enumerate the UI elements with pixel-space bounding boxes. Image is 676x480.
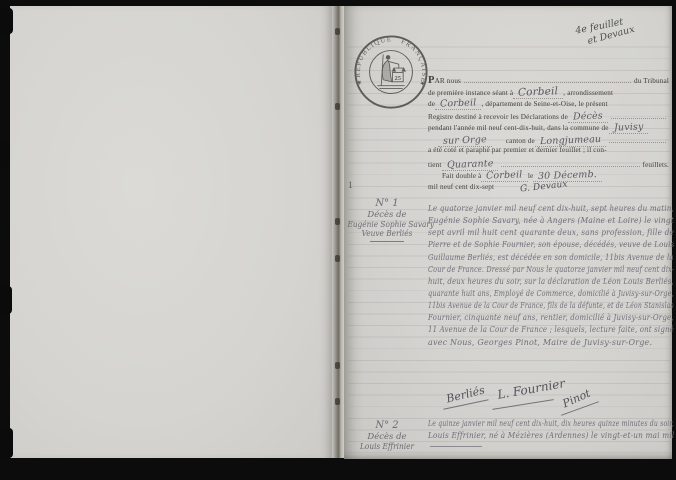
register-text-row: Eugénie Sophie Savary, née à Angers (Mai… — [428, 216, 674, 228]
act2-body-text: Le quinze janvier mil neuf cent dix-huit… — [428, 419, 674, 443]
fill-in-slot: Corbeil — [481, 170, 527, 182]
register-text-row: Pierre et de Sophie Fournier, son épouse… — [428, 240, 674, 252]
stitch-mark — [335, 362, 340, 369]
printed-text: Fait double à — [442, 172, 481, 180]
handwritten-fill: Corbeil — [440, 97, 477, 109]
printed-text: canton de — [506, 137, 535, 145]
handwritten-line: Eugénie Sophie Savary, née à Angers (Mai… — [428, 216, 674, 225]
handwritten-line: Guillaume Berliés, est décédée en son do… — [428, 253, 674, 262]
printed-text: , arrondissement — [563, 89, 613, 97]
stitch-mark — [335, 28, 340, 35]
register-text-row: Louis Effrinier, né à Mézières (Ardennes… — [428, 431, 674, 443]
register-text-row: Guillaume Berliés, est décédée en son do… — [428, 253, 674, 265]
handwritten-line: avec Nous, Georges Pinot, Maire de Juvis… — [428, 338, 652, 347]
preamble-line: Fait double à Corbeil le 30 Décemb. — [428, 170, 669, 182]
register-text-row: Fournier, cinquante neuf ans, rentier, d… — [428, 313, 674, 325]
handwritten-line: sept avril mil huit cent quarante deux, … — [428, 228, 674, 237]
stitch-mark — [335, 218, 340, 225]
handwritten-line: Fournier, cinquante neuf ans, rentier, d… — [428, 313, 674, 322]
printed-text: Registre destiné à recevoir les Déclarat… — [428, 113, 568, 121]
folio-number: 1 — [348, 180, 353, 190]
handwritten-fill: Corbeil — [518, 85, 558, 98]
fill-in-slot: Corbeil — [513, 86, 563, 99]
handwritten-fill: Quarante — [446, 158, 493, 171]
handwritten-fill: sur Orge — [443, 134, 487, 147]
printed-text: a été coté et paraphé par premier et der… — [428, 146, 607, 154]
preamble-line: tient Quarante feuillets. — [428, 158, 669, 170]
seated-justice-figure-icon — [377, 54, 405, 88]
register-text-row: Cour de France. Dressé par Nous le quato… — [428, 265, 674, 277]
margin-divider — [370, 241, 404, 242]
act-number: N° 1 — [344, 198, 430, 209]
printed-text: P — [428, 75, 435, 86]
deceased-name: Veuve Berliés — [347, 229, 426, 238]
handwritten-fill: 30 Décemb. — [538, 169, 597, 182]
stitch-mark — [335, 103, 340, 110]
handwritten-line: 11bis Avenue de la Cour de France, fils … — [428, 301, 674, 310]
blank-rule — [609, 134, 666, 143]
act-label: Décès de — [344, 210, 430, 220]
name-underline — [430, 446, 482, 447]
book-binding-gutter — [332, 6, 344, 458]
register-text-row: Le quatorze janvier mil neuf cent dix-hu… — [428, 204, 674, 216]
torn-edge-mark — [0, 428, 13, 458]
preamble-line: Registre destiné à recevoir les Déclarat… — [428, 110, 669, 122]
deceased-name: Eugénie Sophie Savary — [347, 220, 426, 229]
handwritten-fill: Longjumeau — [540, 134, 602, 147]
act-label: Décès de — [344, 432, 430, 442]
fill-in-slot: Juvisy — [609, 122, 648, 134]
stitch-mark — [335, 255, 340, 262]
act1-body-text: Le quatorze janvier mil neuf cent dix-hu… — [428, 204, 674, 350]
blank-verso-page — [10, 6, 332, 458]
preamble-line: mil neuf cent dix-sept G. Devaux — [428, 182, 669, 194]
register-text-row: 11bis Avenue de la Cour de France, fils … — [428, 301, 674, 313]
stamp-arc-right-text: FRANÇAISE — [400, 38, 427, 84]
printed-text: mil neuf cent dix-sept — [428, 183, 494, 191]
fill-in-slot: Quarante — [442, 159, 499, 171]
blank-rule — [464, 74, 631, 83]
deceased-name: Louis Effrinier — [347, 442, 426, 451]
register-text-row: Le quinze janvier mil neuf cent dix-huit… — [428, 419, 674, 431]
fill-in-slot: Décès — [568, 111, 608, 123]
preamble-line: P AR nous du Tribunal — [428, 74, 669, 86]
printed-text: de — [428, 100, 435, 108]
handwritten-fill: Décès — [573, 110, 603, 122]
handwritten-line: huit, deux heures du soir, sur la déclar… — [428, 277, 674, 286]
torn-edge-mark — [0, 286, 12, 314]
printed-text: , département de Seine-et-Oise, le prése… — [481, 100, 607, 108]
fill-in-slot: Corbeil — [435, 98, 481, 110]
handwritten-line: Louis Effrinier, né à Mézières (Ardennes… — [428, 431, 674, 440]
printed-preamble: P AR nous du Tribunal de première instan… — [428, 74, 669, 194]
stamp-inner-ring — [370, 51, 413, 94]
act-number: N° 2 — [344, 420, 430, 431]
printed-text: pendant l'année mil neuf cent-dix-huit, … — [428, 124, 609, 132]
act2-margin-annotation: N° 2 Décès de Louis Effrinier — [344, 420, 430, 451]
preamble-line: de première instance séant à Corbeil , a… — [428, 86, 669, 98]
preamble-line: pendant l'année mil neuf cent-dix-huit, … — [428, 122, 669, 134]
handwritten-line: Pierre et de Sophie Fournier, son épouse… — [428, 240, 674, 249]
register-text-row: avec Nous, Georges Pinot, Maire de Juvis… — [428, 338, 674, 350]
fill-in-slot: sur Orge — [438, 135, 492, 147]
republique-francaise-revenue-stamp: ★ RÉPUBLIQUE FRANÇAISE ★ 25 — [352, 33, 430, 111]
register-text-row: huit, deux heures du soir, sur la déclar… — [428, 277, 674, 289]
printed-text: nous — [447, 77, 461, 85]
blank-rule — [501, 158, 639, 167]
handwritten-line: quarante huit ans, Employé de Commerce, … — [428, 289, 674, 298]
handwritten-fill: Juvisy — [613, 121, 643, 133]
torn-edge-mark — [0, 140, 10, 167]
handwritten-line: Cour de France. Dressé par Nous le quato… — [428, 265, 674, 274]
handwritten-fill: Corbeil — [486, 169, 523, 181]
printed-text: tient — [428, 161, 442, 169]
stitch-mark — [335, 398, 340, 405]
handwritten-line: Le quatorze janvier mil neuf cent dix-hu… — [428, 204, 674, 213]
printed-text: feuillets. — [643, 161, 669, 169]
printed-text: AR — [435, 77, 445, 85]
preamble-line: sur Orge canton de Longjumeau — [428, 134, 669, 146]
printed-text: de première instance séant à — [428, 89, 513, 97]
register-text-row: quarante huit ans, Employé de Commerce, … — [428, 289, 674, 301]
blank-rule — [611, 110, 666, 119]
preamble-line: de Corbeil , département de Seine-et-Ois… — [428, 98, 669, 110]
printed-text: du Tribunal — [634, 77, 669, 85]
register-text-row: sept avril mil huit cent quarante deux, … — [428, 228, 674, 240]
scanned-register-page: ★ RÉPUBLIQUE FRANÇAISE ★ 25 4e feuill — [0, 0, 676, 480]
handwritten-line: Le quinze janvier mil neuf cent dix-huit… — [428, 419, 674, 428]
preamble-line: a été coté et paraphé par premier et der… — [428, 146, 669, 158]
handwritten-line: 11 Avenue de la Cour de France ; lesquel… — [428, 325, 674, 334]
torn-edge-mark — [0, 8, 13, 34]
act1-margin-annotation: N° 1 Décès de Eugénie Sophie Savary Veuv… — [344, 198, 430, 242]
fill-in-slot: 30 Décemb. — [533, 170, 602, 182]
register-text-row: 11 Avenue de la Cour de France ; lesquel… — [428, 325, 674, 337]
stamp-denomination: 25 — [395, 75, 401, 82]
